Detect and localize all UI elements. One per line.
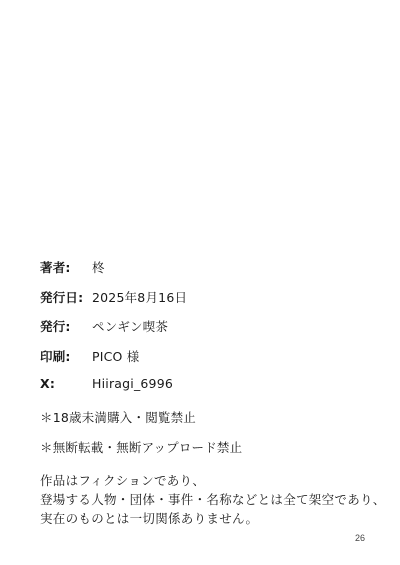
printer-label: 印刷: [40, 347, 92, 365]
publish-date-row: 発行日: 2025年8月16日 [40, 288, 187, 318]
notices: ＊18歳未満購入・閲覧禁止 ＊無断転載・無断アップロード禁止 [40, 408, 242, 468]
disclaimer-line: 実在のものとは一切関係ありません。 [40, 509, 386, 528]
publisher-value: ペンギン喫茶 [92, 317, 168, 335]
publish-date-value: 2025年8月16日 [92, 288, 187, 306]
age-restriction-notice: ＊18歳未満購入・閲覧禁止 [40, 408, 242, 438]
x-account-label: X: [40, 376, 92, 391]
author-label: 著者: [40, 258, 92, 276]
page-number: 26 [355, 533, 365, 543]
disclaimer-line: 登場する人物・団体・事件・名称などとは全て架空であり、 [40, 490, 386, 509]
colophon-page: 著者: 柊 発行日: 2025年8月16日 発行: ペンギン喫茶 印刷: PIC… [0, 0, 400, 565]
x-account-row: X: Hiiragi_6996 [40, 376, 187, 406]
publish-date-label: 発行日: [40, 288, 92, 306]
x-account-value: Hiiragi_6996 [92, 376, 173, 391]
colophon-info: 著者: 柊 発行日: 2025年8月16日 発行: ペンギン喫茶 印刷: PIC… [40, 258, 187, 406]
fiction-disclaimer: 作品はフィクションであり、 登場する人物・団体・事件・名称などとは全て架空であり… [40, 471, 386, 528]
publisher-label: 発行: [40, 317, 92, 335]
author-value: 柊 [92, 258, 105, 276]
printer-row: 印刷: PICO 様 [40, 347, 187, 377]
publisher-row: 発行: ペンギン喫茶 [40, 317, 187, 347]
no-reproduction-notice: ＊無断転載・無断アップロード禁止 [40, 438, 242, 468]
printer-value: PICO 様 [92, 347, 139, 365]
author-row: 著者: 柊 [40, 258, 187, 288]
disclaimer-line: 作品はフィクションであり、 [40, 471, 386, 490]
